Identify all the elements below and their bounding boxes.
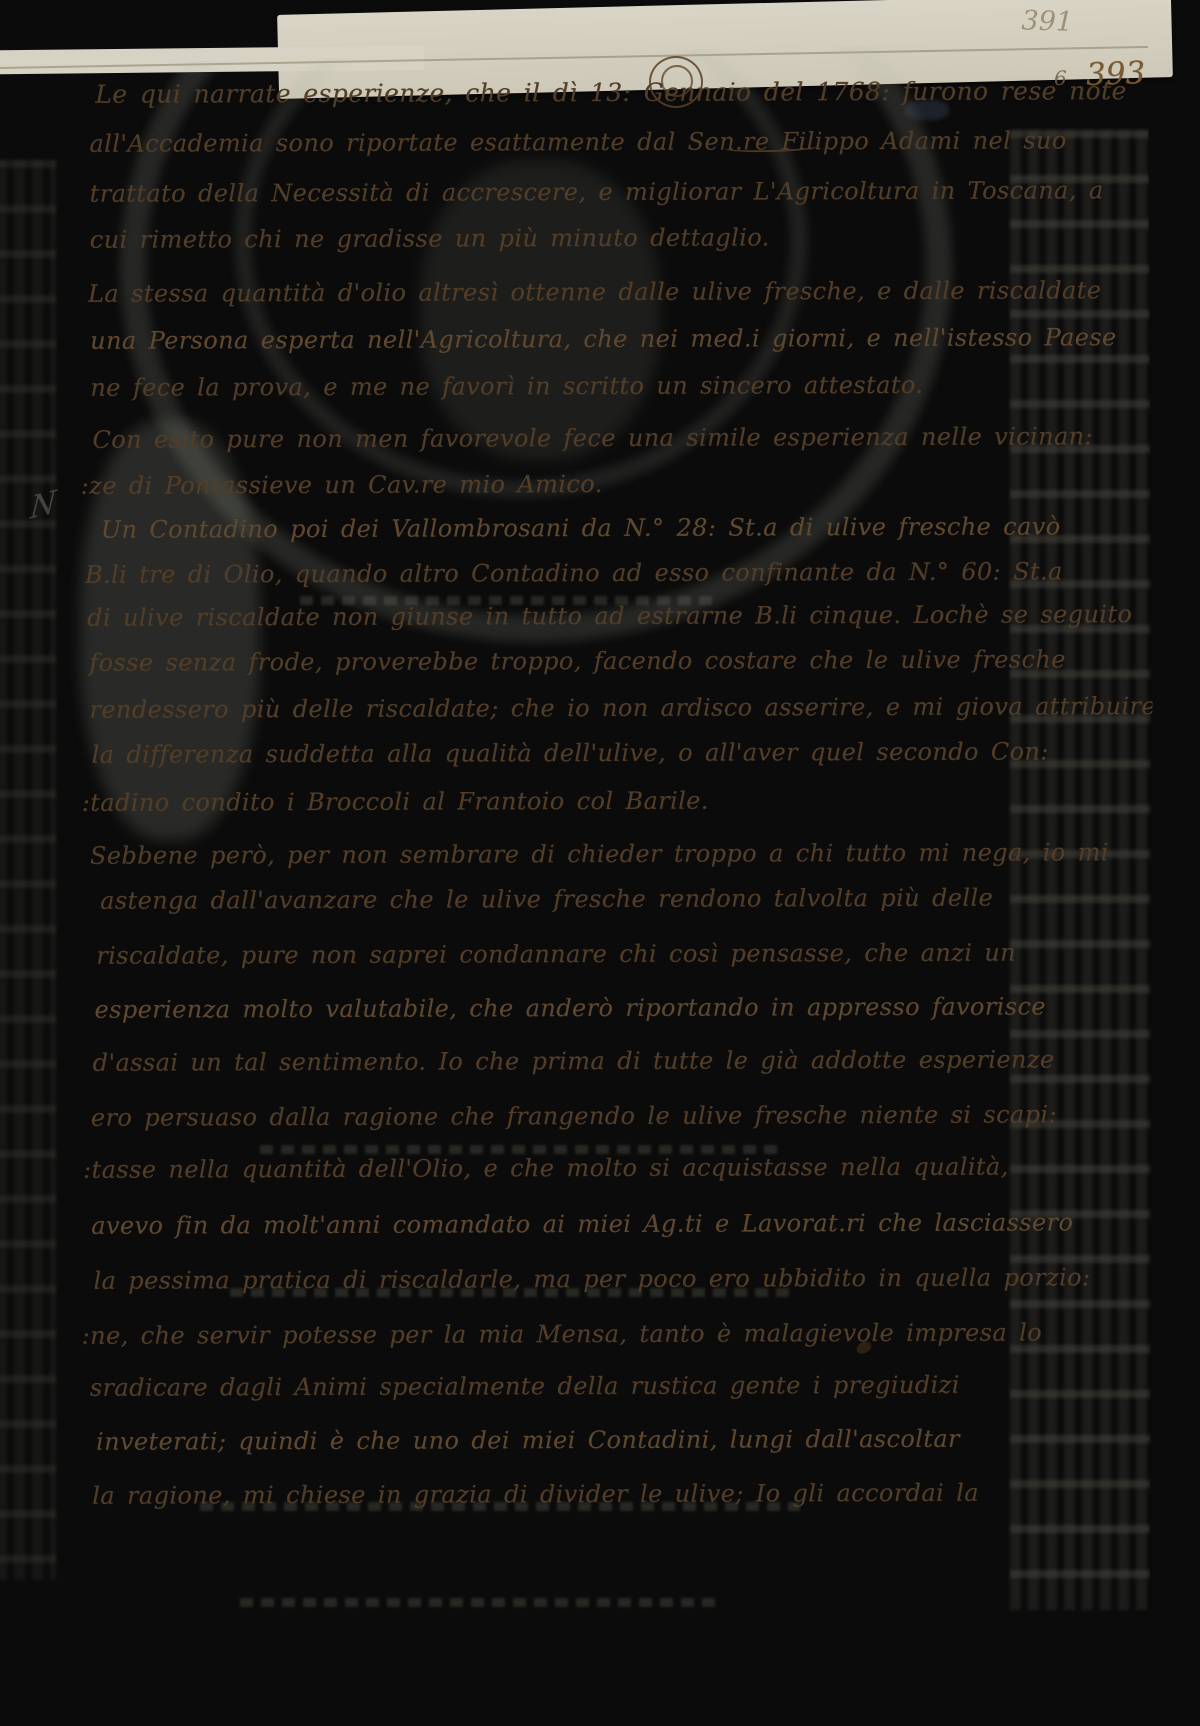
manuscript-line: :ze di Pontassieve un Cav.re mio Amico. [81,470,603,500]
underleaf-page-number: 391 [1022,5,1074,37]
manuscript-line: all'Accademia sono riportate esattamente… [89,126,1066,157]
manuscript-line: Le qui narrate esperienze, che il dì 13:… [95,76,1126,109]
manuscript-line: Un Contadino poi dei Vallombrosani da N.… [101,512,1061,543]
manuscript-line: La stessa quantità d'olio altresì ottenn… [88,276,1101,308]
manuscript-line: cui rimetto chi ne gradisse un più minut… [90,223,770,253]
manuscript-line: riscaldate, pure non saprei condannare c… [96,939,1016,970]
manuscript-line: esperienza molto valutabile, che anderò … [94,992,1045,1023]
manuscript-line: fosse senza frode, proverebbe troppo, fa… [89,645,1066,676]
manuscript-line: la differenza suddetta alla qualità dell… [92,737,1049,768]
manuscript-page: 393 6 N Le qui narrate esperienze, che i… [0,40,1190,1708]
manuscript-line: :tasse nella quantità dell'Olio, e che m… [83,1153,1009,1184]
manuscript-line: la ragione, mi chiese in grazia di divid… [92,1479,979,1510]
manuscript-line: sradicare dagli Animi specialmente della… [90,1371,960,1402]
handwritten-text-block: Le qui narrate esperienze, che il dì 13:… [0,38,1193,1710]
manuscript-line: la pessima pratica di riscaldarle, ma pe… [93,1263,1090,1294]
manuscript-line: rendessero più delle riscaldate; che io … [89,692,1156,724]
manuscript-line: :tadino condito i Broccoli al Frantoio c… [82,787,709,817]
manuscript-line: trattato della Necessità di accrescere, … [90,176,1104,208]
manuscript-line: d'assai un tal sentimento. Io che prima … [93,1045,1055,1076]
manuscript-scan: 391 393 6 N Le qui narrate esperienze, c… [0,0,1200,1726]
manuscript-line: una Persona esperta nell'Agricoltura, ch… [90,323,1117,355]
manuscript-line: avevo fin da molt'anni comandato ai miei… [91,1208,1073,1239]
manuscript-line: :ne, che servir potesse per la mia Mensa… [82,1318,1042,1349]
manuscript-line: inveterati; quindi è che uno dei miei Co… [96,1425,960,1456]
manuscript-line: di ulive riscaldate non giunse in tutto … [87,600,1132,632]
manuscript-line: ero persuaso dalla ragione che frangendo… [91,1100,1057,1131]
manuscript-line: Sebbene però, per non sembrare di chiede… [90,838,1109,870]
manuscript-line: Con esito pure non men favorevole fece u… [92,422,1093,453]
manuscript-line: B.li tre di Olio, quando altro Contadino… [85,557,1063,588]
manuscript-line: astenga dall'avanzare che le ulive fresc… [100,884,993,915]
manuscript-line: ne fece la prova, e me ne favorì in scri… [90,371,923,402]
